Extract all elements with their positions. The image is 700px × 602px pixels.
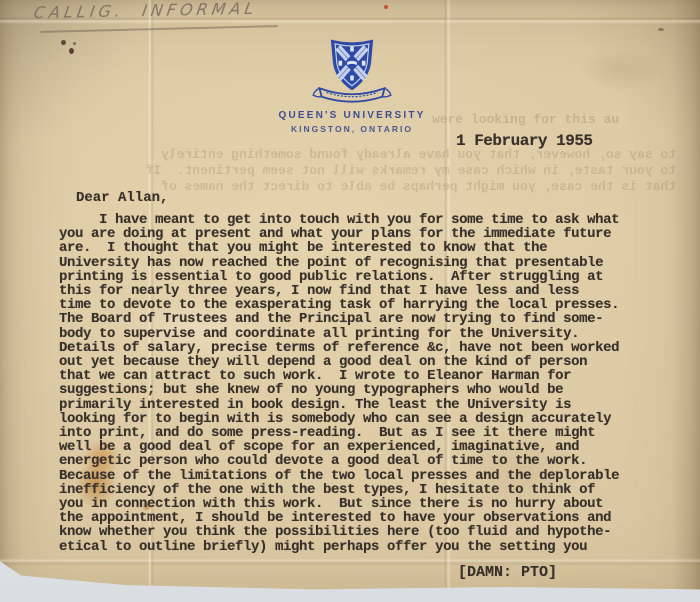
postscript-note: [DAMN: PTO]	[458, 564, 557, 581]
bleedthrough-mirrored-text: to say so, however, that you have alread…	[28, 147, 676, 195]
paper-speck	[658, 28, 664, 31]
salutation: Dear Allan,	[76, 190, 168, 206]
letterhead: QUEEN'S UNIVERSITY KINGSTON, ONTARIO	[250, 110, 454, 134]
letter-body: I have meant to get into touch with you …	[59, 213, 619, 554]
queens-university-crest-icon	[309, 36, 395, 108]
red-speck	[384, 5, 388, 9]
letterhead-location: KINGSTON, ONTARIO	[250, 124, 454, 134]
bleedthrough-fragment: were looking for this au	[432, 112, 619, 127]
letterhead-university: QUEEN'S UNIVERSITY	[250, 110, 454, 121]
scanned-letter-page: were looking for this au to say so, howe…	[0, 0, 700, 602]
letter-date: 1 February 1955	[456, 132, 593, 150]
paper-speck	[69, 48, 74, 54]
paper-speck	[73, 42, 76, 45]
paper-speck	[61, 40, 66, 45]
